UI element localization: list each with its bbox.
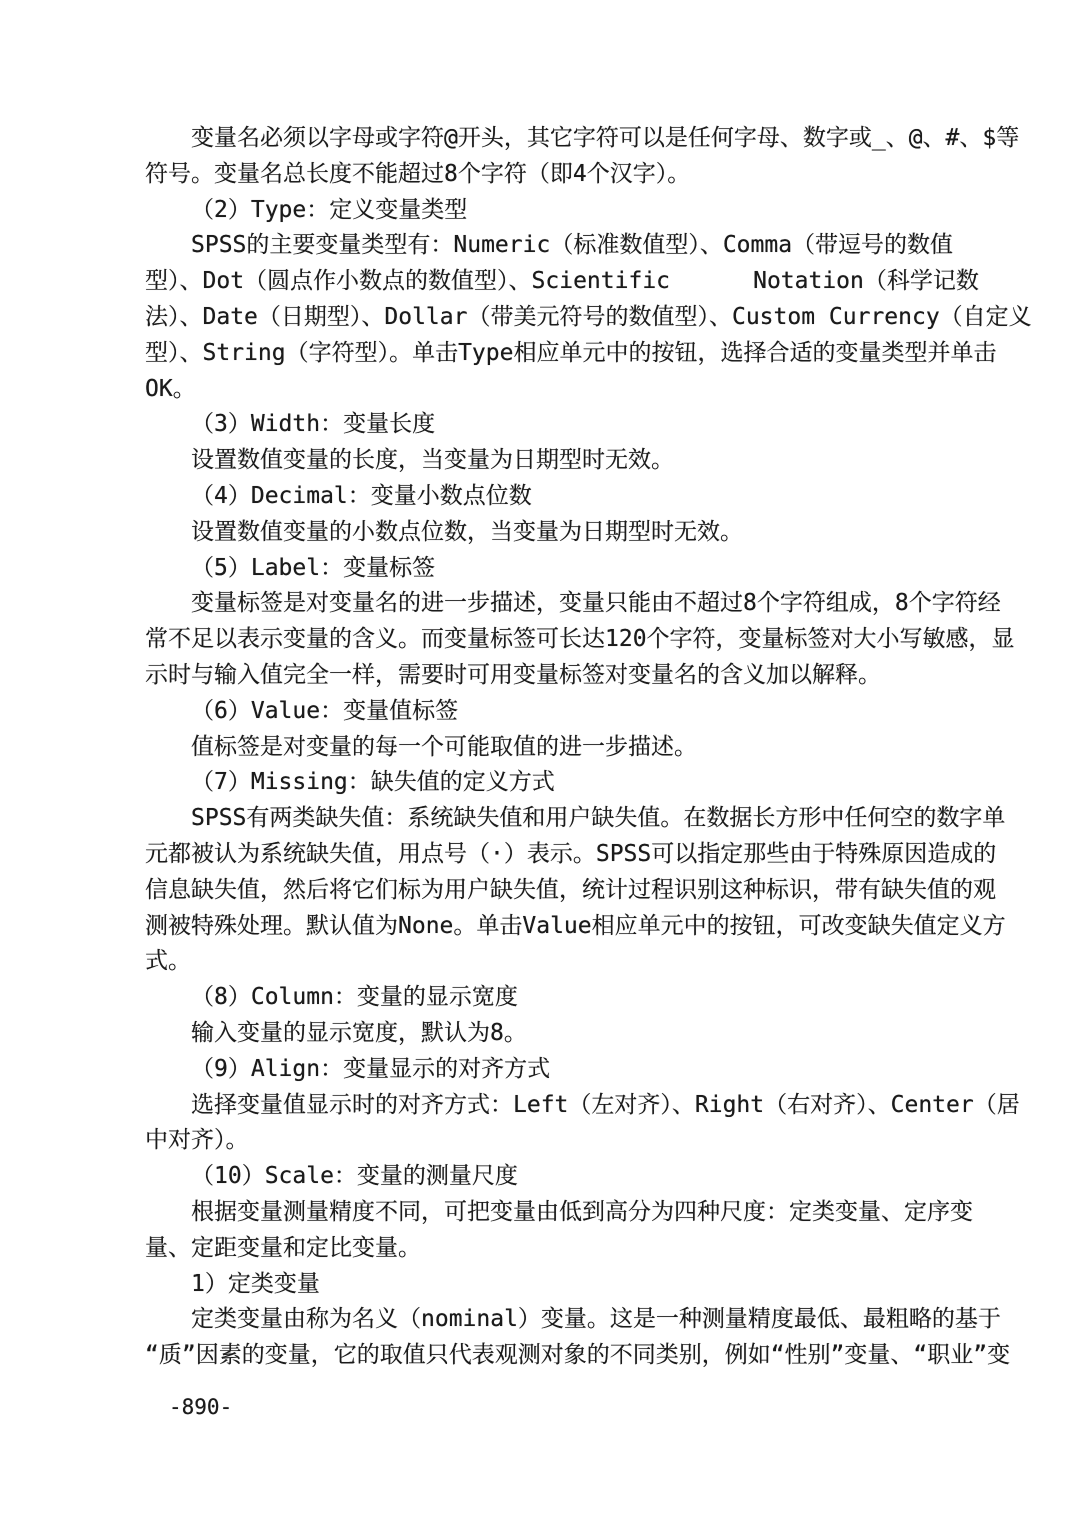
text-line: 元都被认为系统缺失值，用点号（·）表示。SPSS可以指定那些由于特殊原因造成的 xyxy=(145,837,969,873)
text-line: （6）Value：变量值标签 xyxy=(145,694,969,730)
document-page: 变量名必须以字母或字符@开头，其它字符可以是任何字母、数字或_、@、#、$等符号… xyxy=(0,0,1087,1536)
text-line: 符号。变量名总长度不能超过8个字符（即4个汉字）。 xyxy=(145,157,969,193)
text-line: 量、定距变量和定比变量。 xyxy=(145,1231,969,1267)
text-line: （5）Label：变量标签 xyxy=(145,551,969,587)
text-line: 定类变量由称为名义（nominal）变量。这是一种测量精度最低、最粗略的基于 xyxy=(145,1302,969,1338)
text-line: “质”因素的变量，它的取值只代表观测对象的不同类别，例如“性别”变量、“职业”变 xyxy=(145,1338,969,1374)
text-line: SPSS有两类缺失值：系统缺失值和用户缺失值。在数据长方形中任何空的数字单 xyxy=(145,801,969,837)
text-line: 输入变量的显示宽度，默认为8。 xyxy=(145,1016,969,1052)
text-line: 选择变量值显示时的对齐方式：Left（左对齐）、Right（右对齐）、Cente… xyxy=(145,1088,969,1124)
text-line: 设置数值变量的长度，当变量为日期型时无效。 xyxy=(145,443,969,479)
text-line: 型）、Dot（圆点作小数点的数值型）、Scientific Notation（科… xyxy=(145,264,969,300)
text-line: （2）Type：定义变量类型 xyxy=(145,193,969,229)
text-line: （4）Decimal：变量小数点位数 xyxy=(145,479,969,515)
text-line: （8）Column：变量的显示宽度 xyxy=(145,980,969,1016)
text-line: 测被特殊处理。默认值为None。单击Value相应单元中的按钮，可改变缺失值定义… xyxy=(145,909,969,945)
text-line: 1）定类变量 xyxy=(145,1267,969,1303)
text-line: 值标签是对变量的每一个可能取值的进一步描述。 xyxy=(145,730,969,766)
text-line: （9）Align：变量显示的对齐方式 xyxy=(145,1052,969,1088)
text-line: 信息缺失值，然后将它们标为用户缺失值，统计过程识别这种标识，带有缺失值的观 xyxy=(145,873,969,909)
text-line: （10）Scale：变量的测量尺度 xyxy=(145,1159,969,1195)
text-line: 根据变量测量精度不同，可把变量由低到高分为四种尺度：定类变量、定序变 xyxy=(145,1195,969,1231)
text-line: 法）、Date（日期型）、Dollar（带美元符号的数值型）、Custom Cu… xyxy=(145,300,969,336)
page-body: 变量名必须以字母或字符@开头，其它字符可以是任何字母、数字或_、@、#、$等符号… xyxy=(145,121,969,1374)
text-line: 中对齐）。 xyxy=(145,1123,969,1159)
text-line: 设置数值变量的小数点位数，当变量为日期型时无效。 xyxy=(145,515,969,551)
text-line: 变量标签是对变量名的进一步描述，变量只能由不超过8个字符组成，8个字符经 xyxy=(145,586,969,622)
text-line: OK。 xyxy=(145,372,969,408)
text-line: 示时与输入值完全一样，需要时可用变量标签对变量名的含义加以解释。 xyxy=(145,658,969,694)
text-line: SPSS的主要变量类型有：Numeric（标准数值型）、Comma（带逗号的数值 xyxy=(145,228,969,264)
page-number: -890- xyxy=(169,1394,232,1420)
text-line: 型）、String（字符型）。单击Type相应单元中的按钮，选择合适的变量类型并… xyxy=(145,336,969,372)
text-line: 常不足以表示变量的含义。而变量标签可长达120个字符，变量标签对大小写敏感，显 xyxy=(145,622,969,658)
text-line: 变量名必须以字母或字符@开头，其它字符可以是任何字母、数字或_、@、#、$等 xyxy=(145,121,969,157)
text-line: （3）Width：变量长度 xyxy=(145,407,969,443)
text-line: 式。 xyxy=(145,944,969,980)
text-line: （7）Missing：缺失值的定义方式 xyxy=(145,765,969,801)
